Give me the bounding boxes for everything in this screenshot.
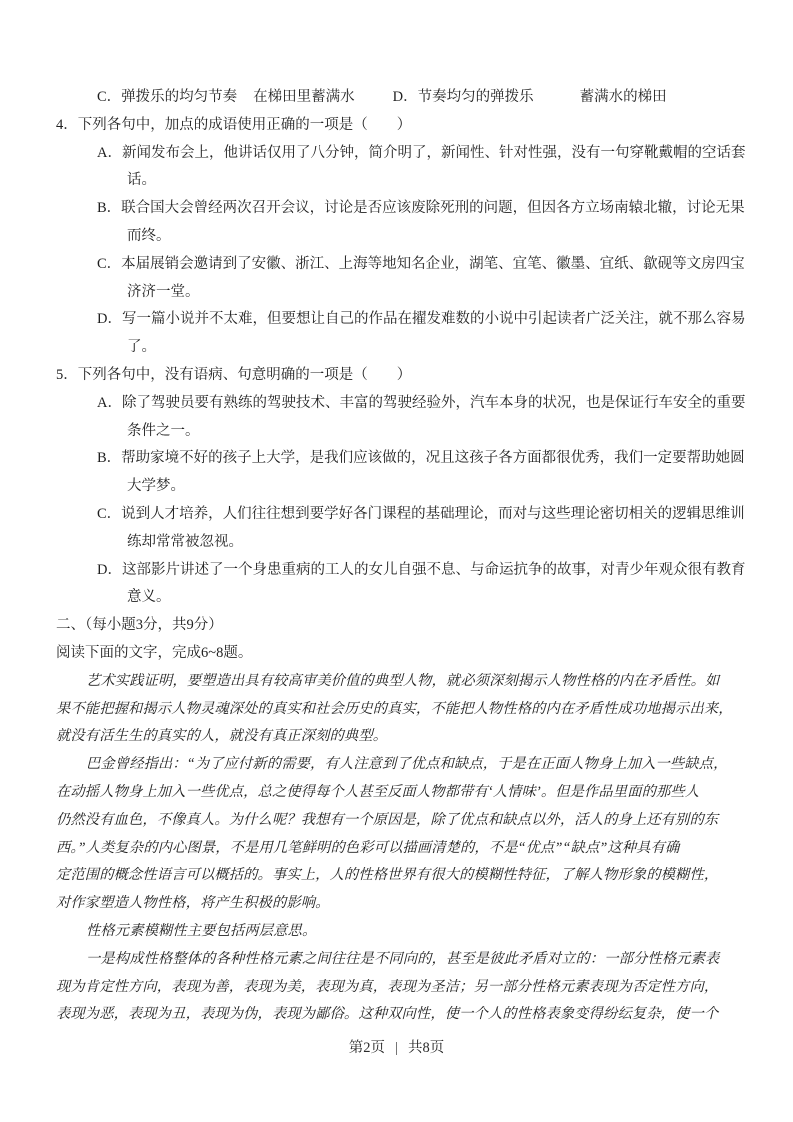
section-2-heading: 二、（每小题3分，共9分） xyxy=(56,612,746,640)
footer-separator: | xyxy=(395,1040,398,1056)
q5-option-b-line-2: 大学梦。 xyxy=(127,473,746,501)
q5-option-d-line-1: D．这部影片讲述了一个身患重病的工人的女儿自强不息、与命运抗争的故事，对青少年观… xyxy=(97,557,746,585)
passage-p4-line-2: 现为肯定性方向，表现为善，表现为美，表现为真，表现为圣洁；另一部分性格元素表现为… xyxy=(56,974,746,1002)
exam-page: C．弹拨乐的均匀节奏 在梯田里蓄满水 D．节奏均匀的弹拨乐 蓄满水的梯田 4．下… xyxy=(0,0,793,1122)
q4-option-d-line-2: 了。 xyxy=(127,334,746,362)
passage-p2-line-3: 仍然没有血色，不像真人。为什么呢？我想有一个原因是，除了优点和缺点以外，活人的身… xyxy=(56,807,746,835)
q4-option-b-line-1: B．联合国大会曾经两次召开会议，讨论是否应该废除死刑的问题，但因各方立场南辕北辙… xyxy=(97,195,746,223)
passage-p4-line-3: 表现为恶，表现为丑，表现为伪，表现为鄙俗。这种双向性，使一个人的性格表象变得纷纭… xyxy=(56,1001,746,1029)
q3-option-c-label: C．弹拨乐的均匀节奏 xyxy=(97,84,237,112)
passage-p1-line-2: 果不能把握和揭示人物灵魂深处的真实和社会历史的真实，不能把人物性格的内在矛盾性成… xyxy=(56,696,746,724)
passage-p2-line-4: 西。”人类复杂的内心图景，不是用几笔鲜明的色彩可以描画清楚的，不是“优点”“缺点… xyxy=(56,835,746,863)
passage-p4-line-1: 一是构成性格整体的各种性格元素之间往往是不同向的，甚至是彼此矛盾对立的：一部分性… xyxy=(56,946,746,974)
passage-p2-line-2: 在动摇人物身上加入一些优点，总之使得每个人甚至反面人物都带有‘人情味’。但是作品… xyxy=(56,779,746,807)
q5-option-b-line-1: B．帮助家境不好的孩子上大学，是我们应该做的，况且这孩子各方面都很优秀，我们一定… xyxy=(97,445,746,473)
passage-p1-line-1: 艺术实践证明，要塑造出具有较高审美价值的典型人物，就必须深刻揭示人物性格的内在矛… xyxy=(56,668,746,696)
footer-page-number: 第2页 xyxy=(349,1040,385,1056)
footer-total-pages: 共8页 xyxy=(408,1040,444,1056)
q5-option-d-line-2: 意义。 xyxy=(127,584,746,612)
q5-option-a-line-1: A．除了驾驶员要有熟练的驾驶技术、丰富的驾驶经验外，汽车本身的状况，也是保证行车… xyxy=(97,390,746,418)
q3-option-c-extra: 在梯田里蓄满水 xyxy=(253,84,355,112)
q4-option-d-line-1: D．写一篇小说并不太难，但要想让自己的作品在擢发难数的小说中引起读者广泛关注，就… xyxy=(97,306,746,334)
q4-option-b-line-2: 而终。 xyxy=(127,223,746,251)
passage-p3-line-1: 性格元素模糊性主要包括两层意思。 xyxy=(56,918,746,946)
q5-option-a-line-2: 条件之一。 xyxy=(127,418,746,446)
passage-p2-line-5: 定范围的概念性语言可以概括的。事实上，人的性格世界有很大的模糊性特征，了解人物形… xyxy=(56,862,746,890)
passage-p2-line-1: 巴金曾经指出：“为了应付新的需要，有人注意到了优点和缺点，于是在正面人物身上加入… xyxy=(56,751,746,779)
q4-option-c-line-2: 济济一堂。 xyxy=(127,279,746,307)
q4-option-a-line-2: 话。 xyxy=(127,167,746,195)
passage-p1-line-3: 就没有活生生的真实的人，就没有真正深刻的典型。 xyxy=(56,723,746,751)
passage-p2-line-6: 对作家塑造人物性格，将产生积极的影响。 xyxy=(56,890,746,918)
q5-option-c-line-2: 练却常常被忽视。 xyxy=(127,529,746,557)
q3-option-d-label: D．节奏均匀的弹拨乐 xyxy=(393,84,534,112)
q3-option-d-extra: 蓄满水的梯田 xyxy=(580,84,667,112)
q4-option-a-line-1: A．新闻发布会上，他讲话仅用了八分钟，简介明了，新闻性、针对性强，没有一句穿靴戴… xyxy=(97,140,746,168)
page-footer: 第2页|共8页 xyxy=(0,1036,793,1057)
exam-content: C．弹拨乐的均匀节奏 在梯田里蓄满水 D．节奏均匀的弹拨乐 蓄满水的梯田 4．下… xyxy=(56,84,746,1029)
question-4-stem: 4．下列各句中，加点的成语使用正确的一项是（ ） xyxy=(56,112,746,140)
q4-option-c-line-1: C．本届展销会邀请到了安徽、浙江、上海等地知名企业，湖笔、宜笔、徽墨、宜纸、歙砚… xyxy=(97,251,746,279)
question-5-stem: 5．下列各句中，没有语病、句意明确的一项是（ ） xyxy=(56,362,746,390)
q3-options-cd-line: C．弹拨乐的均匀节奏 在梯田里蓄满水 D．节奏均匀的弹拨乐 蓄满水的梯田 xyxy=(97,84,746,112)
reading-instruction: 阅读下面的文字，完成6~8题。 xyxy=(56,640,746,668)
q5-option-c-line-1: C．说到人才培养，人们往往想到要学好各门课程的基础理论，而对与这些理论密切相关的… xyxy=(97,501,746,529)
